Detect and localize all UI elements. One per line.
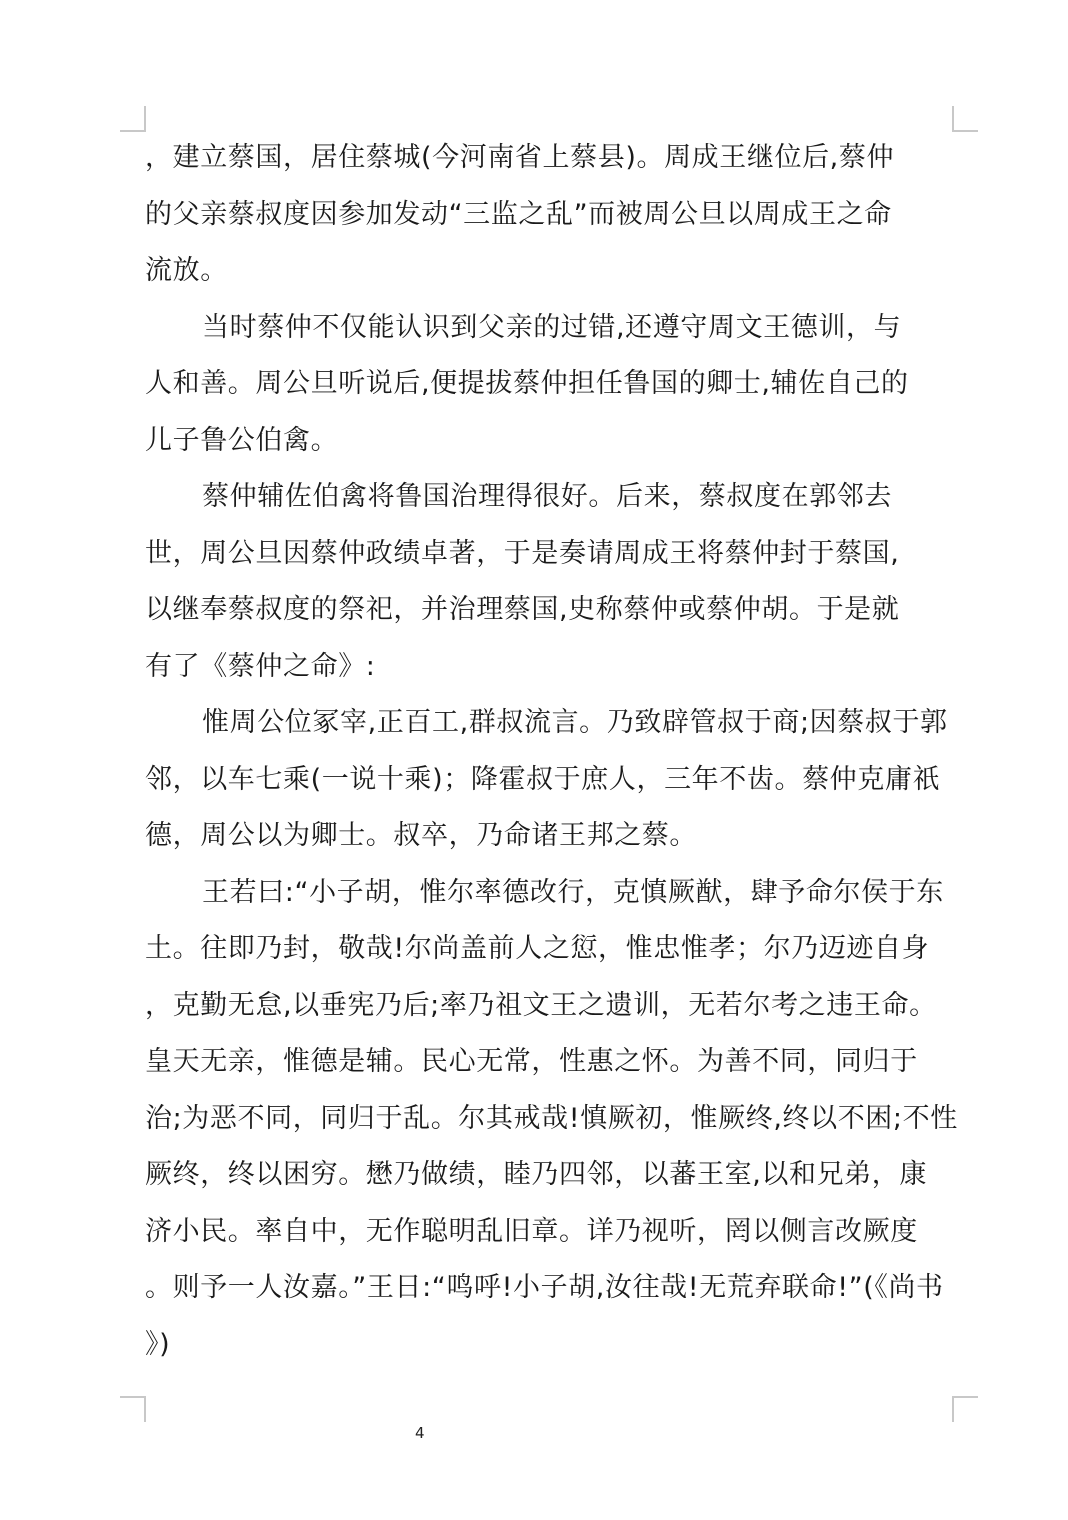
text-line: 。则予一人汝嘉。”王日:“鸣呼!小子胡,汝往哉!无荒弃联命!”(《尚书 bbox=[145, 1260, 955, 1317]
text-line: 治;为恶不同，同归于乱。尔其戒哉!慎厥初，惟厥终,终以不困;不性 bbox=[145, 1091, 955, 1148]
text-line: ，克勤无怠,以垂宪乃后;率乃祖文王之遗训，无若尔考之违王命。 bbox=[145, 978, 955, 1035]
margin-corner-mark-top-right bbox=[952, 106, 978, 132]
text-line: 德，周公以为卿士。叔卒，乃命诸王邦之蔡。 bbox=[145, 808, 955, 865]
text-line: 有了《蔡仲之命》: bbox=[145, 639, 955, 696]
text-line: 土。往即乃封，敬哉!尔尚盖前人之愆，惟忠惟孝；尔乃迈迹自身 bbox=[145, 921, 955, 978]
text-line: 当时蔡仲不仅能认识到父亲的过错,还遵守周文王德训，与 bbox=[145, 300, 955, 357]
text-line: 皇天无亲，惟德是辅。民心无常，性惠之怀。为善不同，同归于 bbox=[145, 1034, 955, 1091]
margin-corner-mark-top-left bbox=[120, 106, 146, 132]
text-line: 惟周公位冢宰,正百工,群叔流言。乃致辟管叔于商;因蔡叔于郭 bbox=[145, 695, 955, 752]
margin-corner-mark-bottom-left bbox=[120, 1396, 146, 1422]
text-line: 人和善。周公旦听说后,便提拔蔡仲担任鲁国的卿士,辅佐自己的 bbox=[145, 356, 955, 413]
text-line: 世，周公旦因蔡仲政绩卓著，于是奏请周成王将蔡仲封于蔡国, bbox=[145, 526, 955, 583]
text-line: 儿子鲁公伯禽。 bbox=[145, 413, 955, 470]
margin-corner-mark-bottom-right bbox=[952, 1396, 978, 1422]
text-line: ，建立蔡国，居住蔡城(今河南省上蔡县)。周成王继位后,蔡仲 bbox=[145, 130, 955, 187]
text-line: 蔡仲辅佐伯禽将鲁国治理得很好。后来，蔡叔度在郭邻去 bbox=[145, 469, 955, 526]
text-line: 济小民。率自中，无作聪明乱旧章。详乃视听，罔以侧言改厥度 bbox=[145, 1204, 955, 1261]
page-number: 4 bbox=[415, 1424, 425, 1442]
text-line: 的父亲蔡叔度因参加发动“三监之乱”而被周公旦以周成王之命 bbox=[145, 187, 955, 244]
text-line: 流放。 bbox=[145, 243, 955, 300]
document-body: ，建立蔡国，居住蔡城(今河南省上蔡县)。周成王继位后,蔡仲 的父亲蔡叔度因参加发… bbox=[145, 130, 955, 1373]
text-line: 厥终，终以困穷。懋乃做绩，睦乃四邻，以蕃王室,以和兄弟，康 bbox=[145, 1147, 955, 1204]
text-line: 邻，以车七乘(一说十乘)；降霍叔于庶人，三年不齿。蔡仲克庸祇 bbox=[145, 752, 955, 809]
text-line: 王若曰:“小子胡，惟尔率德改行，克慎厥猷，肆予命尔侯于东 bbox=[145, 865, 955, 922]
text-line: 》) bbox=[145, 1317, 955, 1374]
text-line: 以继奉蔡叔度的祭祀，并治理蔡国,史称蔡仲或蔡仲胡。于是就 bbox=[145, 582, 955, 639]
